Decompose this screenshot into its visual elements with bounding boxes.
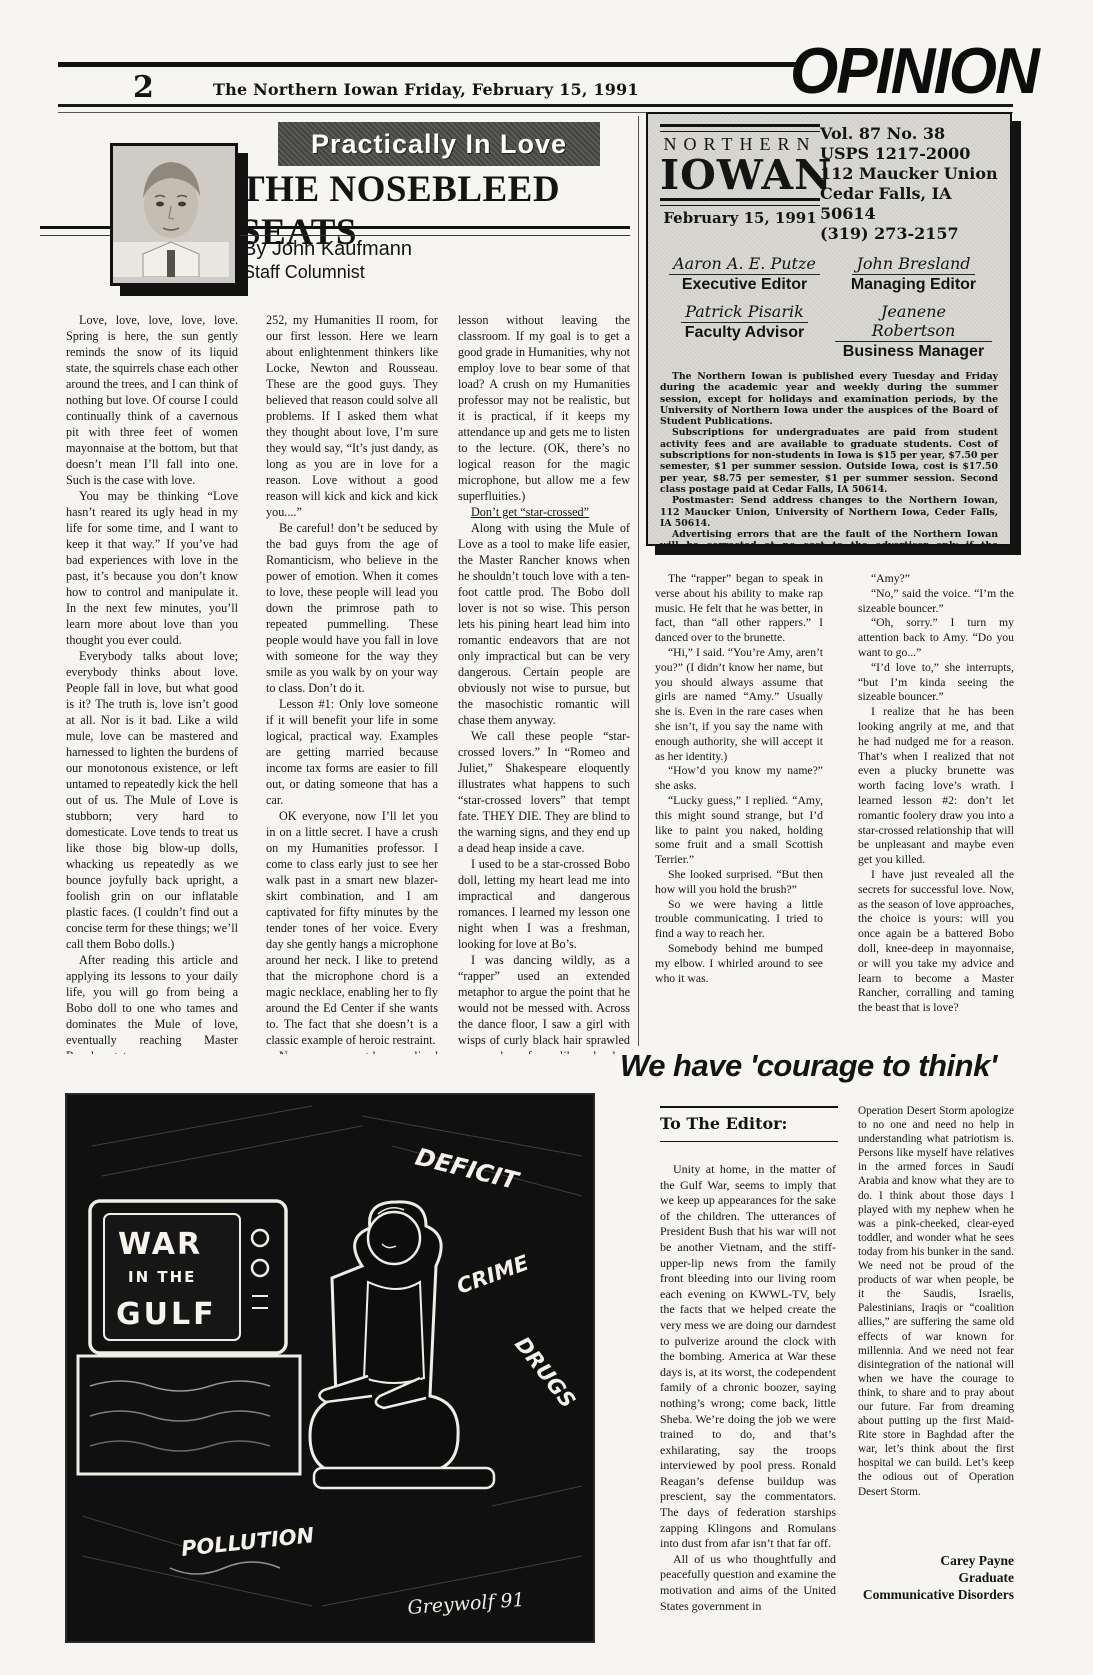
column-divider [638, 116, 639, 1046]
columnist-photo-art [113, 146, 229, 277]
article-paragraph: After reading this article and applying … [66, 952, 238, 1054]
article-column-3: lesson without leaving the classroom. If… [458, 312, 630, 1054]
title-rule-right [240, 226, 630, 236]
article-paragraph: Love, love, love, love, love. Spring is … [66, 312, 238, 488]
masthead-street: 112 Maucker Union [820, 164, 998, 184]
fine-print-paragraph: The Northern Iowan is published every Tu… [660, 371, 998, 427]
article-paragraph: “Amy?” [858, 572, 1014, 587]
article-paragraph: She looked surprised. “But then how will… [655, 868, 823, 898]
byline-role: Staff Columnist [243, 262, 365, 283]
article-paragraph: I used to be a star-crossed Bobo doll, l… [458, 856, 630, 952]
article-paragraph: “How’d you know my name?” she asks. [655, 764, 823, 794]
masthead-logo: NORTHERN IOWAN February 15, 1991 [660, 122, 820, 244]
article-paragraph: The “rapper” began to speak in verse abo… [655, 572, 823, 646]
byline: By John Kaufmann [243, 238, 412, 261]
masthead-phone: (319) 273-2157 [820, 224, 998, 244]
fine-print-paragraph: Advertising errors that are the fault of… [660, 529, 998, 546]
article-paragraph: lesson without leaving the classroom. If… [458, 312, 630, 504]
signature-title: Graduate [830, 1569, 1014, 1586]
article-paragraph: Along with using the Mule of Love as a t… [458, 520, 630, 728]
article-column-1: Love, love, love, love, love. Spring is … [66, 312, 238, 1054]
staff-role: Executive Editor [666, 276, 823, 294]
signature-department: Communicative Disorders [830, 1586, 1014, 1603]
letter-headline: We have 'courage to think' [620, 1048, 1015, 1084]
masthead-staff: Aaron A. E. Putze Executive Editor John … [660, 254, 998, 369]
title-rule-left [40, 226, 110, 236]
letter-column-1: Unity at home, in the matter of the Gulf… [660, 1162, 836, 1662]
article-paragraph: “Oh, sorry.” I turn my attention back to… [858, 616, 1014, 660]
article-paragraph: “I’d love to,” she interrupts, “but I’m … [858, 661, 1014, 705]
issue-line: The Northern Iowan Friday, February 15, … [213, 80, 639, 99]
editorial-cartoon: WAR IN THE GULF DEFICIT CRIME DRUGS POLL… [62, 1086, 602, 1656]
article-paragraph: I have just revealed all the secrets for… [858, 868, 1014, 1016]
masthead-name-bottom: IOWAN [660, 155, 820, 196]
article-paragraph: “Lucky guess,” I replied. “Amy, this mig… [655, 794, 823, 868]
article-column-5: “Amy?” “No,” said the voice. “I’m the si… [858, 572, 1014, 1052]
header-rule-thick [58, 62, 798, 67]
tv-screen-text: IN THE [128, 1268, 196, 1286]
masthead-volume: Vol. 87 No. 38 [820, 124, 998, 144]
article-paragraph: OK everyone, now I’ll let you in on a li… [266, 808, 438, 1048]
masthead-fine-print: The Northern Iowan is published every Tu… [660, 371, 998, 546]
article-paragraph: “Hi,” I said. “You’re Amy, aren’t you?” … [655, 646, 823, 764]
staff-name: John Bresland [852, 254, 974, 275]
masthead-address: Vol. 87 No. 38 USPS 1217-2000 112 Maucke… [820, 122, 998, 244]
masthead-usps: USPS 1217-2000 [820, 144, 998, 164]
letter-salutation: To The Editor: [660, 1106, 838, 1142]
signature-name: Carey Payne [830, 1552, 1014, 1569]
staff-name: Jeanene Robertson [835, 302, 992, 342]
page-number: 2 [133, 70, 154, 105]
article-column-4: The “rapper” began to speak in verse abo… [655, 572, 823, 1052]
article-paragraph: I realize that he has been looking angri… [858, 705, 1014, 868]
article-paragraph: Lesson #1: Only love someone if it will … [266, 696, 438, 808]
staff-role: Faculty Advisor [666, 324, 823, 342]
fine-print-paragraph: Subscriptions for undergraduates are pai… [660, 427, 998, 495]
columnist-photo [110, 143, 238, 286]
header-rule-double-top [58, 104, 1013, 107]
article-paragraph: “No,” said the voice. “I’m the sizeable … [858, 587, 1014, 617]
article-paragraph: Be careful! don’t be seduced by the bad … [266, 520, 438, 696]
fine-print-paragraph: Postmaster: Send address changes to the … [660, 495, 998, 529]
staff-cell: John Bresland Managing Editor [829, 254, 998, 294]
article-paragraph: 252, my Humanities II room, for our firs… [266, 312, 438, 520]
staff-role: Business Manager [835, 343, 992, 361]
masthead-rule [660, 198, 820, 206]
masthead-date: February 15, 1991 [660, 209, 820, 227]
article-paragraph: You may be thinking “Love hasn’t reared … [66, 488, 238, 648]
masthead-top: NORTHERN IOWAN February 15, 1991 Vol. 87… [660, 122, 998, 244]
letter-paragraph: Unity at home, in the matter of the Gulf… [660, 1162, 836, 1552]
tv-screen-text: GULF [116, 1297, 217, 1332]
letter-signature: Carey Payne Graduate Communicative Disor… [830, 1552, 1014, 1603]
staff-cell: Patrick Pisarik Faculty Advisor [660, 302, 829, 361]
cartoon-art: WAR IN THE GULF DEFICIT CRIME DRUGS POLL… [62, 1086, 602, 1651]
article-paragraph: Everybody talks about love; everybody th… [66, 648, 238, 952]
section-title: OPINION [790, 34, 1030, 109]
article-paragraph: So we were having a little trouble commu… [655, 898, 823, 942]
letter-paragraph: All of us who thoughtfully and peacefull… [660, 1552, 836, 1614]
letter-paragraph: Operation Desert Storm apologize to no o… [858, 1104, 1014, 1499]
masthead-box: NORTHERN IOWAN February 15, 1991 Vol. 87… [646, 112, 1012, 546]
column-kicker: Practically In Love [278, 122, 600, 166]
article-paragraph: I was dancing wildly, as a “rapper” used… [458, 952, 630, 1054]
tv-set: WAR IN THE GULF [78, 1201, 300, 1474]
staff-role: Managing Editor [835, 276, 992, 294]
letter-column-2: Operation Desert Storm apologize to no o… [858, 1104, 1014, 1546]
article-paragraph: We call these people “star-crossed lover… [458, 728, 630, 856]
staff-name: Aaron A. E. Putze [669, 254, 820, 275]
staff-name: Patrick Pisarik [681, 302, 808, 323]
newspaper-page: { "page": { "number": "2", "issue_line":… [0, 0, 1093, 1675]
masthead-rule [660, 124, 820, 132]
article-paragraph: Now you may not have realized it, but I … [266, 1048, 438, 1054]
staff-cell: Aaron A. E. Putze Executive Editor [660, 254, 829, 294]
article-subhead: Don’t get “star-crossed” [458, 504, 630, 520]
article-column-2: 252, my Humanities II room, for our firs… [266, 312, 438, 1054]
staff-cell: Jeanene Robertson Business Manager [829, 302, 998, 361]
masthead-city: Cedar Falls, IA 50614 [820, 184, 998, 224]
article-paragraph: Somebody behind me bumped my elbow. I wh… [655, 942, 823, 986]
tv-screen-text: WAR [118, 1227, 202, 1262]
